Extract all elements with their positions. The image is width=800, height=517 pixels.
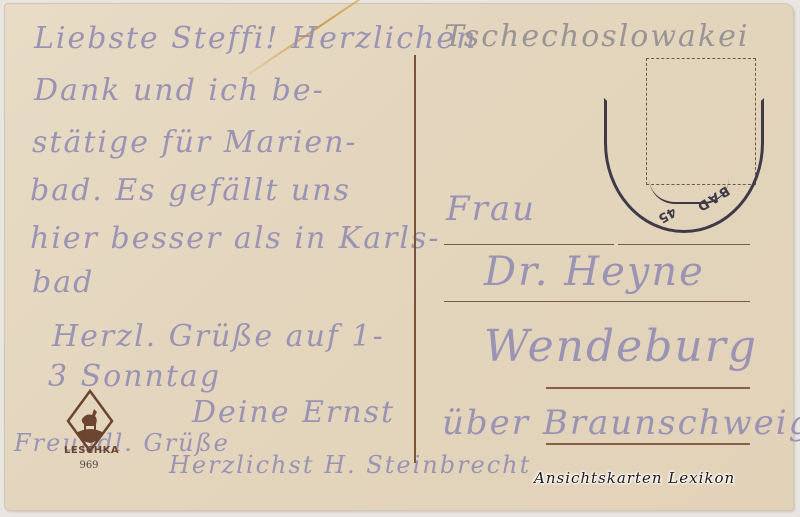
postmark-circle xyxy=(604,98,764,233)
address-rule xyxy=(444,301,750,302)
publisher-name: LESCHKA xyxy=(64,445,114,456)
message-line: Liebste Steffi! Herzlichen xyxy=(34,21,477,56)
address-via: über Braunschweig xyxy=(442,403,800,443)
message-line: Herzl. Grüße auf 1- xyxy=(52,319,385,354)
publisher-number: 969 xyxy=(64,460,114,471)
address-rule xyxy=(618,244,750,245)
address-rule xyxy=(546,387,750,389)
signature: Herzlichst H. Steinbrecht xyxy=(169,451,531,479)
message-line: Deine Ernst xyxy=(192,395,395,430)
address-name: Dr. Heyne xyxy=(484,249,705,295)
address-rule xyxy=(444,244,614,245)
destination-country: Tschechoslowakei xyxy=(444,19,749,54)
message-line: hier besser als in Karls- xyxy=(30,221,441,256)
address-city: Wendeburg xyxy=(484,321,758,372)
divider-line xyxy=(414,55,416,463)
message-line: Dank und ich be- xyxy=(34,73,325,108)
postcard-back: Liebste Steffi! Herzlichen Dank und ich … xyxy=(4,3,794,511)
message-line: bad. Es gefällt uns xyxy=(30,173,351,208)
message-line: stätige für Marien- xyxy=(32,125,358,160)
address-rule xyxy=(546,443,750,445)
watermark: Ansichtskarten Lexikon xyxy=(534,469,735,487)
address-salutation: Frau xyxy=(446,189,536,229)
message-line: bad xyxy=(32,265,94,300)
